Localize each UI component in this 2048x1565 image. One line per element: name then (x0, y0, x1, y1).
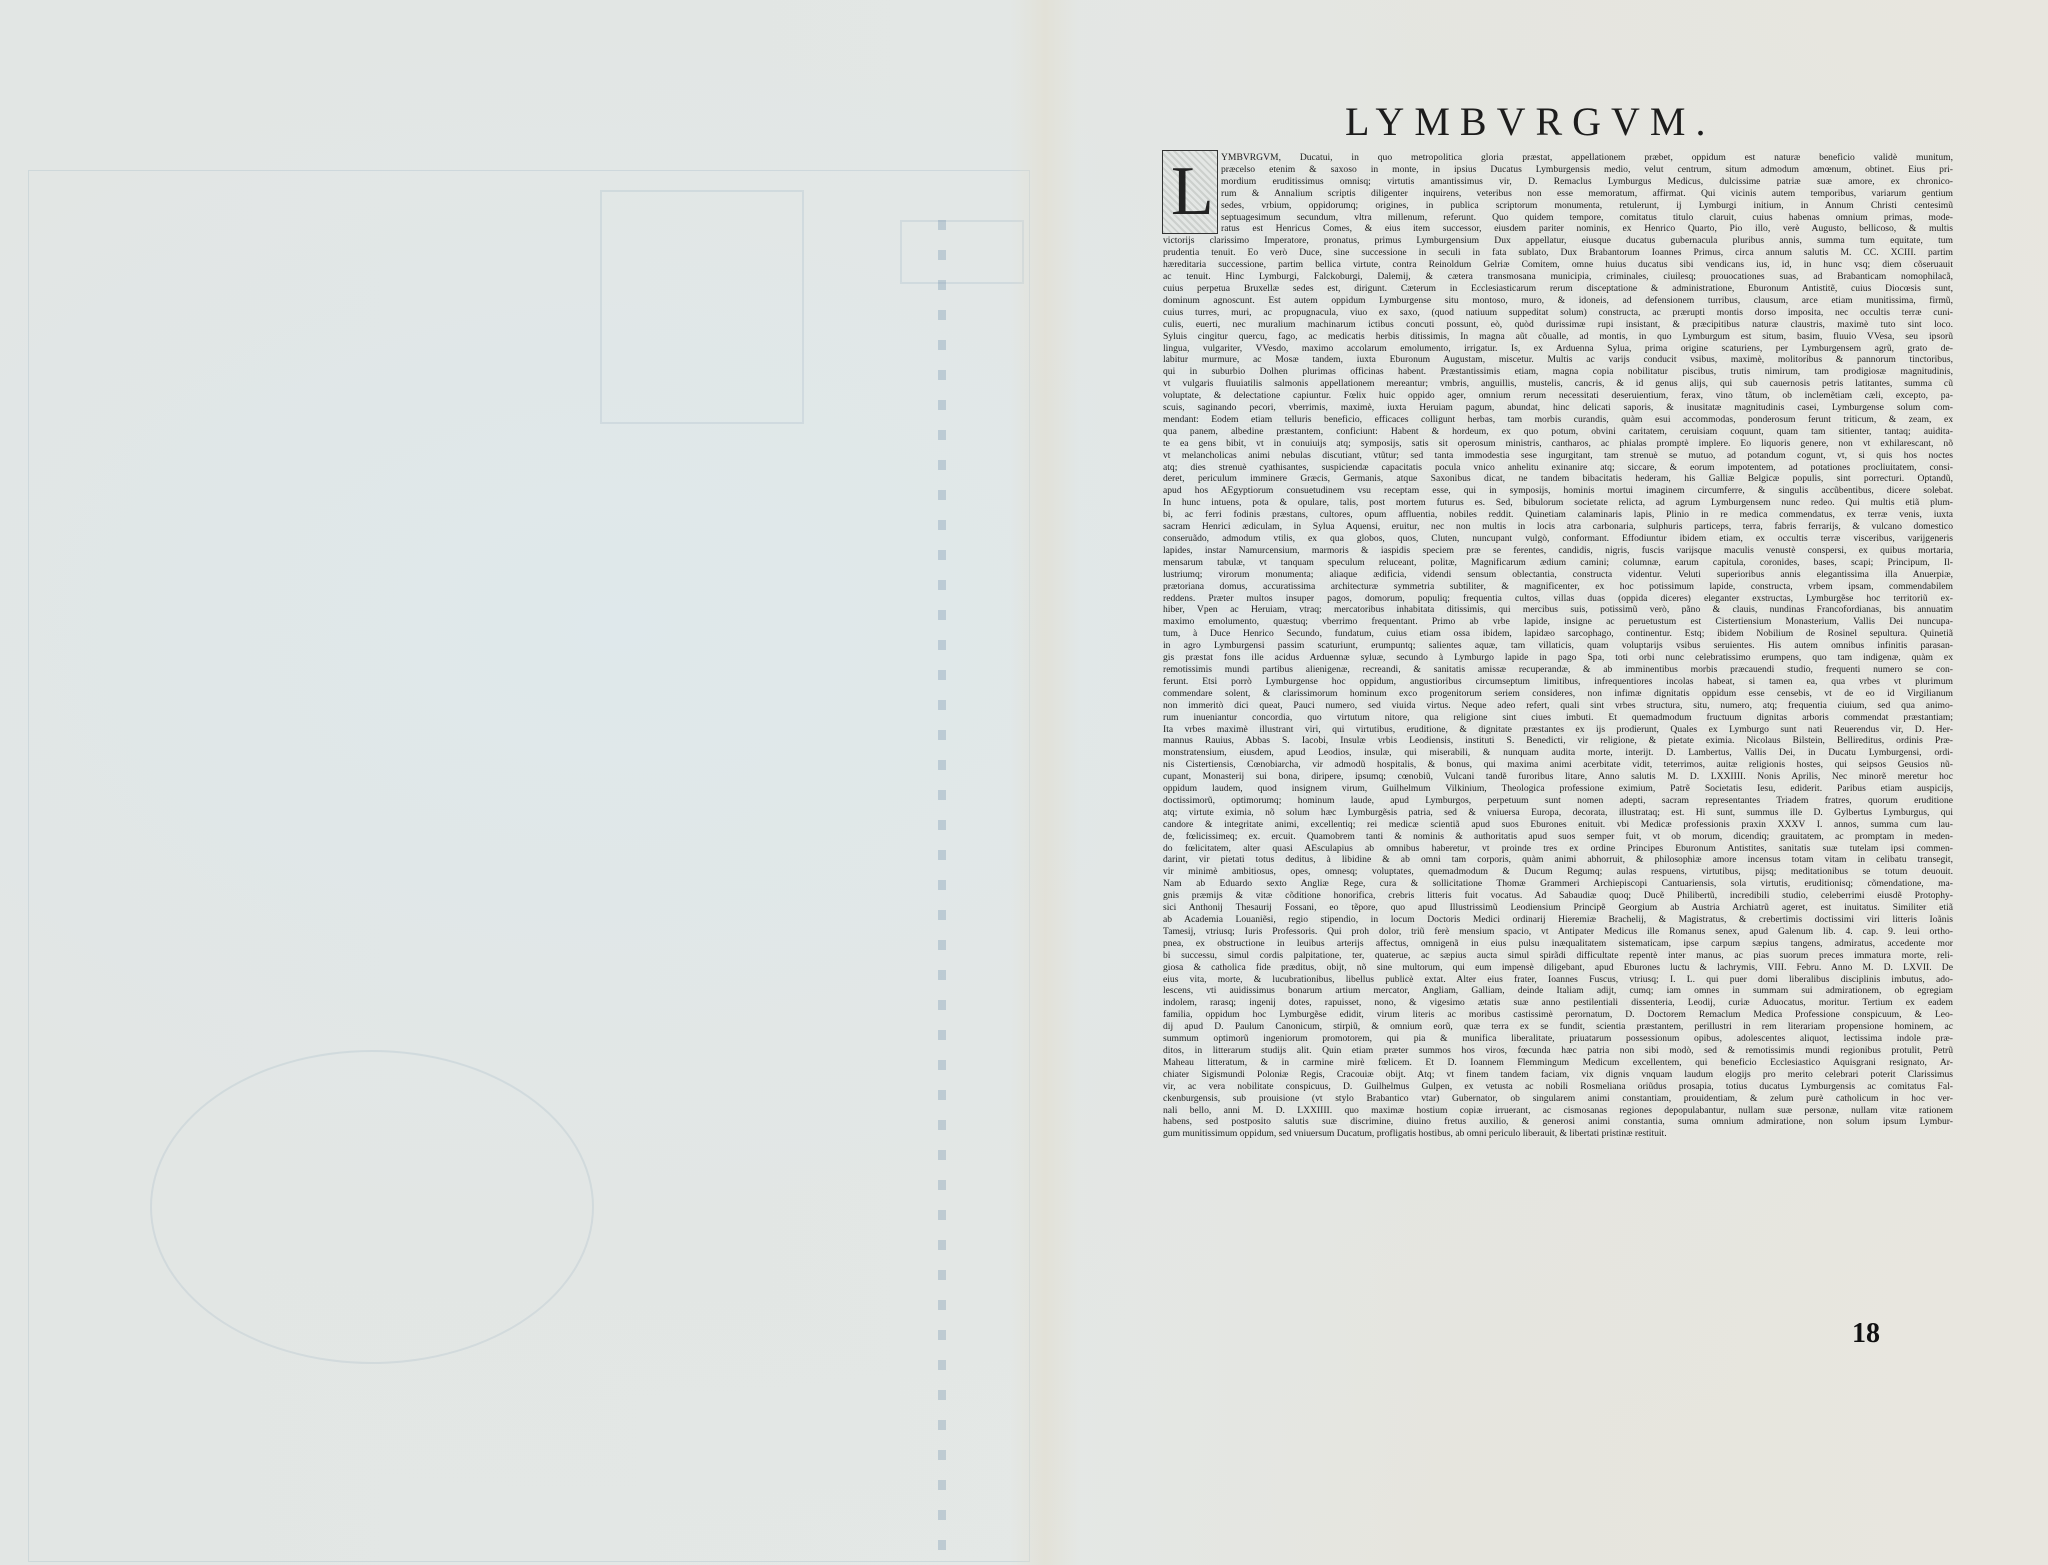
text-line: bi, ac ferri fodinis præstans, cultores,… (1163, 509, 1953, 521)
text-line: præcelso etenim & saxoso in monte, in ip… (1163, 164, 1953, 176)
text-line: te ea gens bibit, vt in conuiuijs atq; s… (1163, 438, 1953, 450)
text-line: do fœlicitatem, alter quasi AEsculapius … (1163, 843, 1953, 855)
text-line: gum munitissimum oppidum, sed vniuersum … (1163, 1128, 1953, 1140)
text-line: apud hos AEgyptiorum consuetudinem vsu r… (1163, 485, 1953, 497)
text-line: rum inueniantur concordia, quo virtutum … (1163, 712, 1953, 724)
text-line: ditos, in litterarum studijs alit. Quin … (1163, 1045, 1953, 1057)
text-line: deret, periculum imminere Græcis, German… (1163, 473, 1953, 485)
text-line: In hunc intuens, pota & opulare, talis, … (1163, 497, 1953, 509)
text-line: maximo emolumento, quæstuq; vberrimo fre… (1163, 616, 1953, 628)
text-line: lescens, vti auidissimus bonarum artium … (1163, 985, 1953, 997)
text-line: ferunt. Etsi porrò Lymburgense hoc oppid… (1163, 676, 1953, 688)
text-line: vt vulgaris fluuiatilis salmonis appella… (1163, 378, 1953, 390)
text-line: mordium eruditissimus omnisq; virtutis a… (1163, 176, 1953, 188)
text-line: ab Academia Louaniẽsi, regio stipendio, … (1163, 914, 1953, 926)
body-text: YMBVRGVM, Ducatui, in quo metropolitica … (1163, 152, 1953, 1140)
text-line: lustriumq; virorum monumenta; aliaque æd… (1163, 569, 1953, 581)
text-line: qui in suburbio Dolhen plurimas officina… (1163, 366, 1953, 378)
center-fold (1010, 0, 1080, 1565)
text-line: prætoriana domus, accuratissima architec… (1163, 581, 1953, 593)
show-through-cartouche-frame (600, 190, 804, 424)
text-line: victorijs clarissimo Imperatore, pronatu… (1163, 235, 1953, 247)
page-number: 18 (1852, 1318, 1880, 1350)
text-line: conseruãdo, admodum vtilis, ex qua globo… (1163, 533, 1953, 545)
text-line: chiater Sigismundi Poloniæ Regis, Cracou… (1163, 1069, 1953, 1081)
text-line: mendant: Eodem etiam telluris beneficio,… (1163, 414, 1953, 426)
text-line: atq; dies strenuè cyathisantes, suspicie… (1163, 462, 1953, 474)
text-line: gnis præmijs & vitæ cõditione honorifica… (1163, 890, 1953, 902)
text-line: tum, à Duce Henrico Secundo, fundatum, c… (1163, 628, 1953, 640)
text-line: doctissimorũ, optimorumq; hominum laude,… (1163, 795, 1953, 807)
text-line: Ita vrbes maximè illustrant viri, qui vi… (1163, 724, 1953, 736)
text-line: culis, euerti, nec muralium machinarum i… (1163, 319, 1953, 331)
text-line: septuagesimum secundum, vltra millenum, … (1163, 212, 1953, 224)
text-line: de, fœlicissimeq; ex. ercuit. Quamobrem … (1163, 831, 1953, 843)
show-through-map-border (938, 220, 946, 1550)
text-line: sici Anthonij Thesaurij Fossani, eo tẽpo… (1163, 902, 1953, 914)
text-line: mannus Rauius, Abbas S. Iacobi, Insulæ v… (1163, 735, 1953, 747)
text-line: cuius turres, muri, ac propugnacula, viu… (1163, 307, 1953, 319)
text-line: hiber, Vpen ac Heruiam, vtraq; mercatori… (1163, 604, 1953, 616)
text-line: Tamesij, vtriusq; Iuris Professoris. Qui… (1163, 926, 1953, 938)
text-line: darint, vir pietati totus deditus, à lib… (1163, 854, 1953, 866)
text-line: nali bello, anni M. D. LXXIIII. quo maxi… (1163, 1105, 1953, 1117)
show-through-scale-frame (900, 220, 1024, 284)
text-line: gis præstat fons ille acidus Arduennæ sy… (1163, 652, 1953, 664)
text-line: bi successu, simul cordis palpitatione, … (1163, 950, 1953, 962)
text-line: reddens. Præter multos insuper pagos, do… (1163, 593, 1953, 605)
text-line: YMBVRGVM, Ducatui, in quo metropolitica … (1163, 152, 1953, 164)
text-line: ckenburgensis, sub prouisione (vt stylo … (1163, 1093, 1953, 1105)
text-line: scuis, saginando pecori, vberrimis, maxi… (1163, 402, 1953, 414)
text-line: Maheau litteratum, & in carmine mirè fœl… (1163, 1057, 1953, 1069)
text-line: ac tenuit. Hinc Lymburgi, Falckoburgi, D… (1163, 271, 1953, 283)
text-line: oppidum laudem, quod insignem virum, Gui… (1163, 783, 1953, 795)
text-line: atq; virtute eximia, nõ solum hæc Lymbur… (1163, 807, 1953, 819)
text-line: monstratensium, eiusdem, apud Leodios, i… (1163, 747, 1953, 759)
text-line: qua panem, albedine præstantem, conficiu… (1163, 426, 1953, 438)
text-line: pnea, ex obstructione in leuibus arterij… (1163, 938, 1953, 950)
text-line: hæreditaria successione, partim bellica … (1163, 259, 1953, 271)
text-line: lingua, vulgariter, VVesdo, maximo accol… (1163, 343, 1953, 355)
text-line: Nam ab Eduardo sexto Angliæ Rege, cura &… (1163, 878, 1953, 890)
text-line: eius vita, morte, & lucubrationibus, lib… (1163, 974, 1953, 986)
text-line: mensarum tabulæ, vt tanquam speculum rel… (1163, 557, 1953, 569)
text-line: giosa & catholica fide præditus, obijt, … (1163, 962, 1953, 974)
text-line: summum optimorũ ingeniorum promotorem, q… (1163, 1033, 1953, 1045)
text-line: labitur murmure, ac Mosæ tandem, iuxta E… (1163, 354, 1953, 366)
text-line: dij apud D. Paulum Canonicum, stirpiũ, &… (1163, 1021, 1953, 1033)
text-line: rum & Annalium scriptis diligenter inqui… (1163, 188, 1953, 200)
paper-sheet: LYMBVRGVM. L YMBVRGVM, Ducatui, in quo m… (0, 0, 2048, 1565)
text-line: voluptate, & delectatione capiuntur. Fœl… (1163, 390, 1953, 402)
text-line: lapides, instar Namurcensium, marmoris &… (1163, 545, 1953, 557)
text-line: non immeritò dici queat, Pauci numero, s… (1163, 700, 1953, 712)
text-line: indolem, rarasq; ingenij dotes, rapuisse… (1163, 997, 1953, 1009)
text-line: dominum agnoscunt. Est autem oppidum Lym… (1163, 295, 1953, 307)
text-line: familia, oppidum hoc Lymburgẽse edidit, … (1163, 1009, 1953, 1021)
text-line: cuius perpetua Bruxellæ sedes est, dirig… (1163, 283, 1953, 295)
text-line: remotissimis mundi partibus alienigenæ, … (1163, 664, 1953, 676)
text-line: habens, sed postposito salutis suæ discr… (1163, 1116, 1953, 1128)
text-line: sacram Henrici ædiculam, in Sylua Aquens… (1163, 521, 1953, 533)
page-title: LYMBVRGVM. (1345, 98, 1985, 145)
text-line: candore & integritate animi, excellentiq… (1163, 819, 1953, 831)
text-line: vt melancholicas animi nebulas discutian… (1163, 450, 1953, 462)
text-line: Syluis cingitur quercu, fago, ac medicat… (1163, 331, 1953, 343)
text-line: sedes, vrbium, oppidorumq; origines, in … (1163, 200, 1953, 212)
text-line: cupant, Monasterij sui bona, diripere, i… (1163, 771, 1953, 783)
text-line: nis Cistertiensis, Cœnobiarcha, vir admo… (1163, 759, 1953, 771)
show-through-oval-cartouche (150, 1050, 594, 1364)
text-line: prudentia tenuit. Eo verò Duce, sine suc… (1163, 247, 1953, 259)
text-line: vir minimè ambitiosus, opes, omnesq; vol… (1163, 866, 1953, 878)
text-line: commendare solent, & clarissimorum homin… (1163, 688, 1953, 700)
verso-map-show-through (28, 170, 1030, 1562)
text-line: in agro Lymburgensi passim scaturiunt, e… (1163, 640, 1953, 652)
text-line: vir, ac vera nobilitate conspicuus, D. G… (1163, 1081, 1953, 1093)
text-line: ratus est Henricus Comes, & eius item su… (1163, 223, 1953, 235)
